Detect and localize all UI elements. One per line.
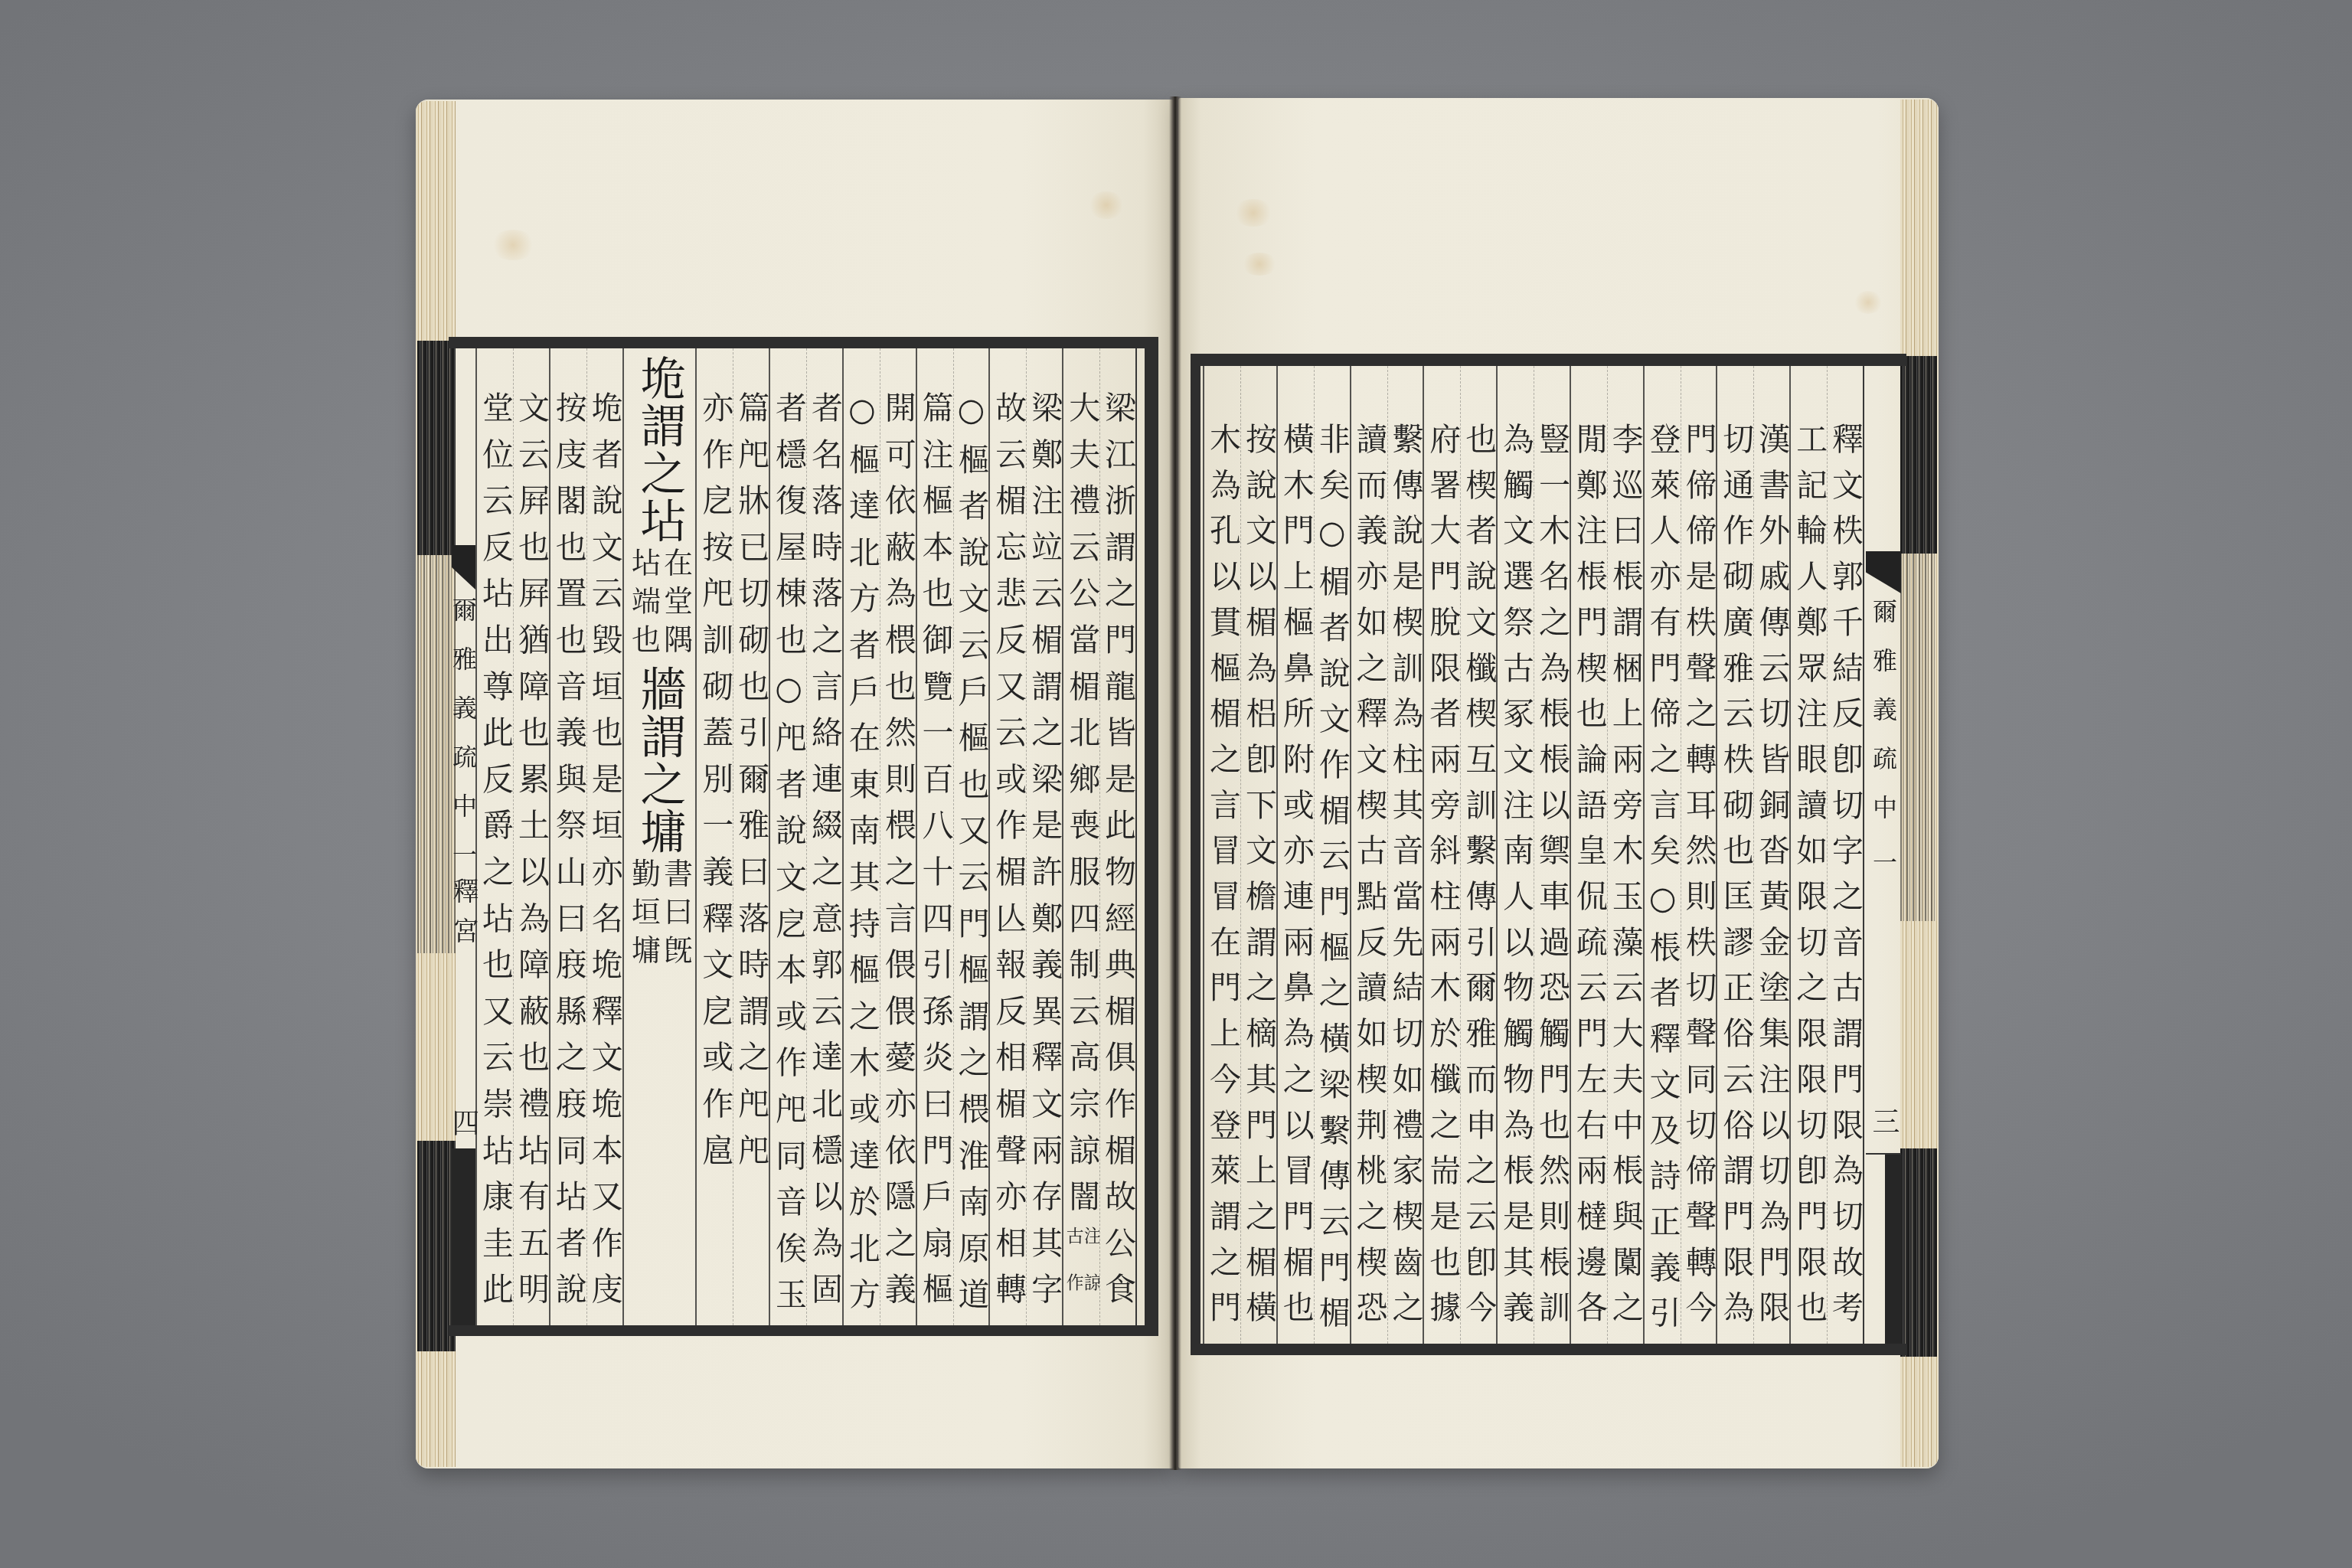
text-line: 非矣○楣者說文作楣云門樞之橫梁繫傳云門楣 <box>1314 366 1350 1344</box>
text-line: 釋文柣郭千結反卽切字之音古謂門限為切故考 <box>1827 366 1863 1344</box>
text-line: 開可依蔽為椳也然則椳之言偎偎薆亦依隱之義 <box>880 348 916 1325</box>
text-line: 府署大門脫限者兩旁斜柱兩木於櫼之耑是也據 <box>1424 366 1460 1344</box>
text-line: 垝者說文云毀垣也是垣亦名垝釋文垝本又作庋 <box>586 348 622 1325</box>
paper-stain <box>1853 291 1883 314</box>
text-line: 文云屛也屛猶障也累土以為障蔽也禮坫有五明 <box>513 348 549 1325</box>
book-gutter <box>1169 96 1181 1470</box>
text-line: 也楔者說文櫼楔互訓繫傳引爾雅而申之云卽今 <box>1460 366 1496 1344</box>
right-page-text-columns: 釋文柣郭千結反卽切字之音古謂門限為切故考 工記輪人鄭眾注眼讀如限切之限限切卽門限… <box>1203 366 1864 1344</box>
text-line: 篇戺牀已切砌也引爾雅曰落時謂之戺戺 <box>733 348 769 1325</box>
text-line: 豎一木名之為棖棖以禦車過恐觸門也然則棖訓 <box>1534 366 1570 1344</box>
text-column: 開可依蔽為椳也然則椳之言偎偎薆亦依隱之義 ○樞達北方者戶在東南其持樞之木或達於北… <box>842 348 916 1325</box>
main-entry-text: 牆謂之墉 <box>628 665 692 855</box>
text-column: 篇戺牀已切砌也引爾雅曰落時謂之戺戺 亦作戹按戺訓砌蓋別一義釋文戹或作扈 <box>695 348 769 1325</box>
text-line: 篇注樞本也御覽一百八十四引孫炎曰門戶扇樞 <box>917 348 953 1325</box>
text-column: 也楔者說文櫼楔互訓繫傳引爾雅而申之云卽今 府署大門脫限者兩旁斜柱兩木於櫼之耑是也… <box>1423 366 1496 1344</box>
text-column: 梁江浙謂之門龍皆是此物經典楣俱作楣故公食 大夫禮云公當楣北鄉喪服四制云高宗諒闇 … <box>1062 348 1135 1325</box>
left-edge-ink-band <box>417 1141 456 1351</box>
photo-scene: 爾雅義疏中 一 釋宮 四 爾雅義疏中 一 三 梁江浙謂之門龍皆是此物經典楣俱作楣… <box>0 0 2352 1568</box>
left-frame-bottom-border <box>449 1325 1158 1336</box>
margin-volume: 一 <box>1870 850 1896 899</box>
paper-stain <box>1087 191 1125 219</box>
note-line-right: 注諒 <box>1082 1227 1099 1319</box>
text-column: 釋文柣郭千結反卽切字之音古謂門限為切故考 工記輪人鄭眾注眼讀如限切之限限切卽門限… <box>1789 366 1863 1344</box>
right-frame-top-border <box>1191 354 1906 366</box>
margin-section: 釋宮 <box>450 877 476 957</box>
black-mouth-block <box>1885 1155 1902 1344</box>
text-column: 李巡曰棖謂梱上兩旁木玉藻云大夫中棖與闑之 閒鄭注棖門楔也論語皇侃疏云門左右兩橽邊… <box>1570 366 1643 1344</box>
left-frame-right-border <box>1145 337 1158 1336</box>
text-column: 文云屛也屛猶障也累土以為障蔽也禮坫有五明 堂位云反坫出尊此反爵之坫也又云崇坫康圭… <box>475 348 549 1325</box>
text-line: 堂位云反坫出尊此反爵之坫也又云崇坫康圭此 <box>477 348 513 1325</box>
right-frame-left-border <box>1191 354 1200 1355</box>
text-line: 亦作戹按戺訓砌蓋別一義釋文戹或作扈 <box>697 348 733 1325</box>
text-column: 門偙偙是柣聲之轉耳然則柣切聲同切偙聲轉今 登萊人亦有門偙之言矣○棖者釋文及詩正義… <box>1643 366 1717 1344</box>
text-line: 木為孔以貫樞楣之言冒冒在門上今登萊謂之門 <box>1204 366 1240 1344</box>
paper-stain <box>490 230 536 260</box>
text-column: 梁鄭注竝云楣謂之梁是許鄭義異釋文兩存其字 故云楣忘悲反又云或作楣亾報反相楣聲亦相… <box>988 348 1062 1325</box>
text-column: 者名落時落之言絡連綴之意郭云達北檼以為固 者檼復屋棟也○戺者說文戹本或作戺同音俟… <box>769 348 842 1325</box>
text-line: 李巡曰棖謂梱上兩旁木玉藻云大夫中棖與闑之 <box>1607 366 1643 1344</box>
main-entry-text: 垝謂之坫 <box>628 354 692 544</box>
page-number: 三 <box>1870 1107 1896 1159</box>
text-line: 漢書外戚傳云切皆銅沓黃金塗集注以切為門限 <box>1753 366 1789 1344</box>
margin-book-title: 爾雅義疏中 <box>1870 599 1896 844</box>
text-column: 漢書外戚傳云切皆銅沓黃金塗集注以切為門限 切通作砌廣雅云柣砌也匡謬正俗云俗謂門限… <box>1716 366 1789 1344</box>
main-text-column: 垝謂之坫 在堂隅 坫端也 牆謂之墉 書曰旣 勤垣墉 <box>622 348 696 1325</box>
text-column: 豎一木名之為棖棖以禦車過恐觸門也然則棖訓 為觸文選祭古冢文注南人以物觸物為棖是其… <box>1496 366 1570 1344</box>
text-line: 門偙偙是柣聲之轉耳然則柣切聲同切偙聲轉今 <box>1681 366 1717 1344</box>
right-edge-ink-mottle <box>1900 554 1937 921</box>
right-edge-ink-band <box>1900 1148 1937 1357</box>
right-frame-bottom-border <box>1191 1344 1906 1355</box>
text-line: 閒鄭注棖門楔也論語皇侃疏云門左右兩橽邊各 <box>1571 366 1607 1344</box>
text-column: 按說文以楣為梠卽下文檐謂之樀其門上之楣橫 木為孔以貫樞楣之言冒冒在門上今登萊謂之… <box>1203 366 1276 1344</box>
text-line: 按庋閣也置也音義與祭山曰庪縣之庪同坫者說 <box>550 348 586 1325</box>
text-line: 梁江浙謂之門龍皆是此物經典楣俱作楣故公食 <box>1099 348 1135 1325</box>
text-column: ○樞者說文云戶樞也又云門樞謂之椳淮南原道 篇注樞本也御覽一百八十四引孫炎曰門戶扇… <box>916 348 989 1325</box>
text-line: 大夫禮云公當楣北鄉喪服四制云高宗諒闇 注諒 古作 <box>1063 348 1099 1325</box>
text-line: 梁鄭注竝云楣謂之梁是許鄭義異釋文兩存其字 <box>1026 348 1062 1325</box>
margin-book-title: 爾雅義疏中 <box>450 597 476 842</box>
text-line: 登萊人亦有門偙之言矣○棖者釋文及詩正義引 <box>1645 366 1681 1344</box>
left-frame-top-border <box>449 337 1158 348</box>
text-line: ○樞達北方者戶在東南其持樞之木或達於北方 <box>844 348 880 1325</box>
text-line: ○樞者說文云戶樞也又云門樞謂之椳淮南原道 <box>953 348 989 1325</box>
right-edge-ink-band <box>1900 356 1937 554</box>
interlinear-note: 注諒 古作 <box>1064 1227 1099 1319</box>
text-line: 讀而義亦如之釋文楔古點反讀如楔荆桃之楔恐 <box>1351 366 1387 1344</box>
black-mouth-block <box>452 1148 475 1325</box>
text-line: 切通作砌廣雅云柣砌也匡謬正俗云俗謂門限為 <box>1717 366 1753 1344</box>
text-column: 垝者說文云毀垣也是垣亦名垝釋文垝本又作庋 按庋閣也置也音義與祭山曰庪縣之庪同坫者… <box>549 348 622 1325</box>
text-line: 繫傳說是楔訓為柱其音當先結切如禮家楔齒之 <box>1387 366 1423 1344</box>
left-page-text-columns: 梁江浙謂之門龍皆是此物經典楣俱作楣故公食 大夫禮云公當楣北鄉喪服四制云高宗諒闇 … <box>475 348 1137 1325</box>
left-edge-ink-band <box>417 341 456 555</box>
paper-stain <box>1240 253 1279 276</box>
paper-stain <box>1233 199 1274 227</box>
main-entry-note: 在堂隅 坫端也 <box>626 547 694 662</box>
text-line: 橫木門上樞鼻所附或亦連兩鼻為之以冒門楣也 <box>1278 366 1314 1344</box>
text-column: 非矣○楣者說文作楣云門樞之橫梁繫傳云門楣 橫木門上樞鼻所附或亦連兩鼻為之以冒門楣… <box>1276 366 1350 1344</box>
text-line-body: 大夫禮云公當楣北鄉喪服四制云高宗諒闇 <box>1063 391 1099 1227</box>
note-line-left: 勤垣墉 <box>628 858 660 973</box>
main-entry-note: 書曰旣 勤垣墉 <box>626 858 694 973</box>
text-line: 者名落時落之言絡連綴之意郭云達北檼以為固 <box>806 348 842 1325</box>
note-line-right: 在堂隅 <box>660 547 692 662</box>
text-line: 者檼復屋棟也○戺者說文戹本或作戺同音俟玉 <box>770 348 806 1325</box>
text-line: 工記輪人鄭眾注眼讀如限切之限限切卽門限也 <box>1791 366 1827 1344</box>
note-line-left: 坫端也 <box>628 547 660 662</box>
text-column: 繫傳說是楔訓為柱其音當先結切如禮家楔齒之 讀而義亦如之釋文楔古點反讀如楔荆桃之楔… <box>1350 366 1423 1344</box>
text-line: 為觸文選祭古冢文注南人以物觸物為棖是其義 <box>1498 366 1534 1344</box>
text-line: 故云楣忘悲反又云或作楣亾報反相楣聲亦相轉 <box>990 348 1026 1325</box>
text-line: 按說文以楣為梠卽下文檐謂之樀其門上之楣橫 <box>1240 366 1276 1344</box>
note-line-right: 書曰旣 <box>660 858 692 973</box>
note-line-left: 古作 <box>1064 1227 1082 1319</box>
